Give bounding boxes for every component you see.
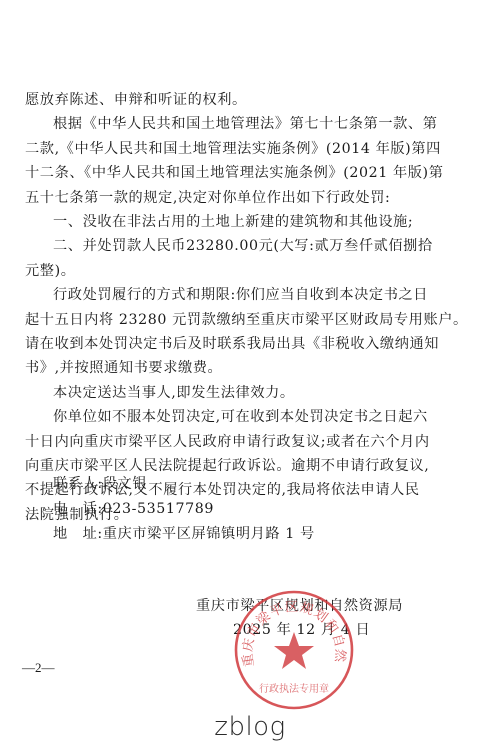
text-line: 根据《中华人民共和国土地管理法》第七十七条第一款、第 (53, 114, 437, 134)
page-number: —2— (22, 660, 55, 676)
text-line: 五十七条第一款的规定,决定对你单位作出如下行政处罚: (25, 188, 390, 208)
text-line: 愿放弃陈述、申辩和听证的权利。 (25, 90, 247, 110)
text-line: 起十五日内将 23280 元罚款缴纳至重庆市梁平区财政局专用账户。 (25, 310, 468, 330)
contact-person-label: 联系人: (53, 476, 103, 492)
text-line: 向重庆市梁平区人民法院提起行政诉讼。逾期不申请行政复议, (25, 456, 429, 476)
contact-phone-value: 023-53517789 (103, 501, 214, 517)
contact-person-value: 段文银 (103, 476, 147, 492)
svg-text:行政执法专用章: 行政执法专用章 (259, 682, 329, 695)
text-line: 请在收到本处罚决定书后及时联系我局出具《非税收入缴纳通知 (25, 334, 439, 354)
contact-address: 地 址:重庆市梁平区屏锦镇明月路 1 号 (53, 524, 315, 544)
text-line: 你单位如不服本处罚决定,可在收到本处罚决定书之日起六 (53, 407, 428, 427)
text-line: 十二条、《中华人民共和国土地管理法实施条例》(2021 年版)第 (25, 163, 443, 183)
text-line: 一、没收在非法占用的土地上新建的建筑物和其他设施; (53, 212, 413, 232)
contact-address-value: 重庆市梁平区屏锦镇明月路 1 号 (103, 526, 315, 542)
contact-phone-label: 电 话: (53, 501, 103, 517)
contact-phone: 电 话:023-53517789 (53, 499, 214, 519)
text-line: 二、并处罚款人民币23280.00元(大写:贰万叁仟贰佰捌拾 (53, 236, 433, 256)
document-page: 愿放弃陈述、申辩和听证的权利。根据《中华人民共和国土地管理法》第七十七条第一款、… (0, 0, 500, 745)
signature-date: 2025 年 12 月 4 日 (233, 619, 370, 639)
text-line: 书》,并按照通知书要求缴费。 (25, 358, 222, 378)
text-line: 二款,《中华人民共和国土地管理法实施条例》(2014 年版)第四 (25, 139, 441, 159)
text-line: 十日内向重庆市梁平区人民政府申请行政复议;或者在六个月内 (25, 432, 430, 452)
text-line: 本决定送达当事人,即发生法律效力。 (53, 383, 295, 403)
text-line: 行政处罚履行的方式和期限:你们应当自收到本决定书之日 (53, 285, 428, 305)
text-line: 元整)。 (25, 261, 76, 281)
contact-address-label: 地 址: (53, 526, 103, 542)
watermark: zblog (0, 712, 500, 742)
signature-organization: 重庆市梁平区规划和自然资源局 (196, 595, 403, 615)
contact-person: 联系人:段文银 (53, 474, 147, 494)
